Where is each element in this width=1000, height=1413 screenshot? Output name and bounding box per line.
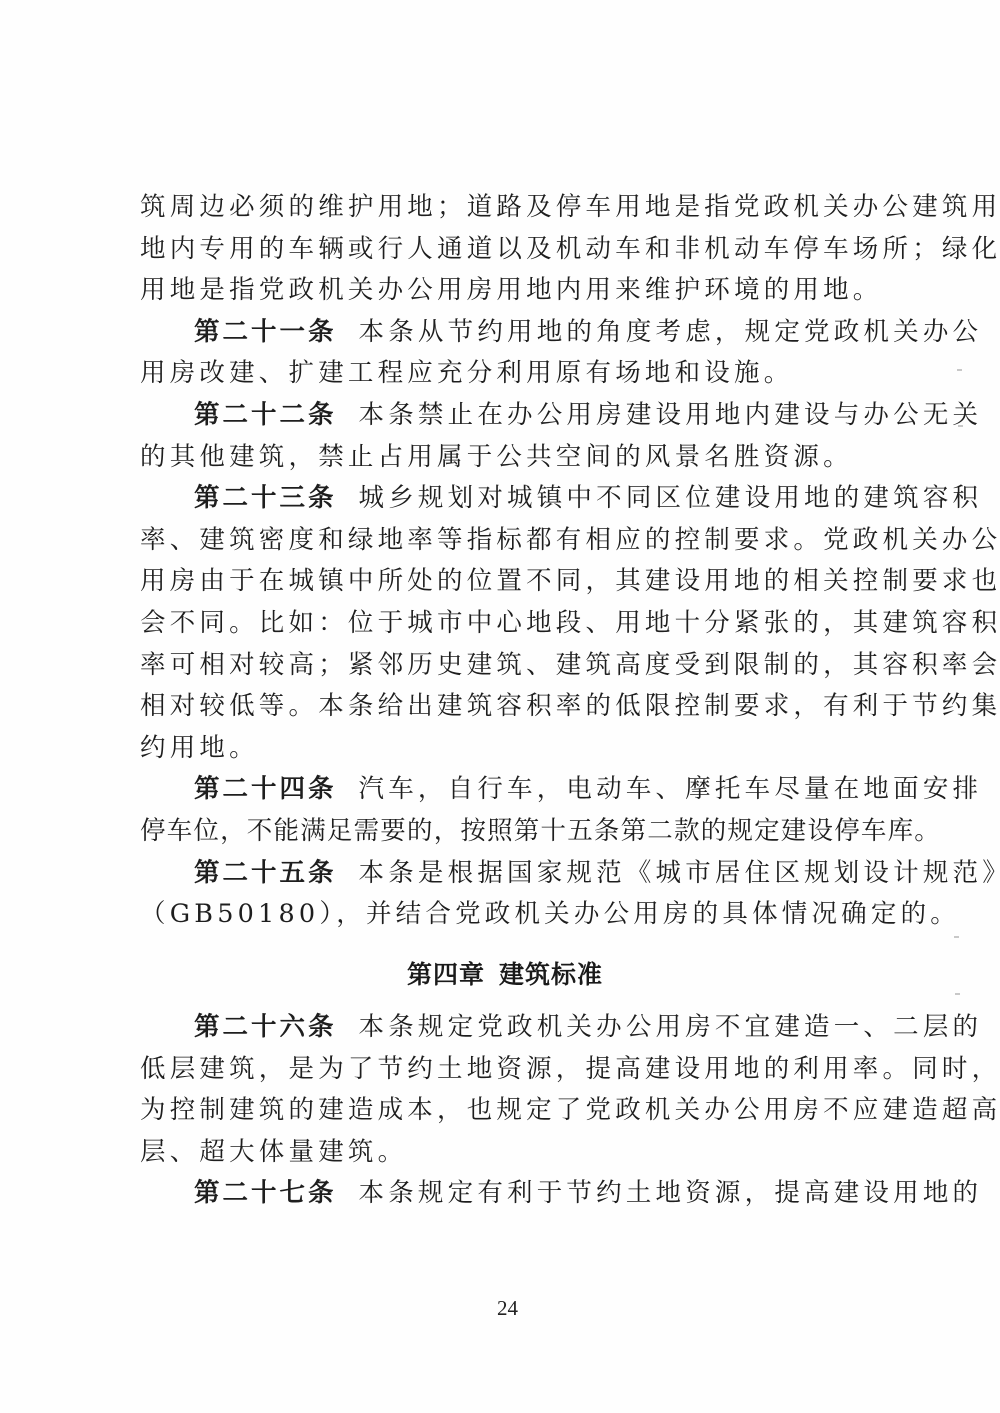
text-line: 率、建筑密度和绿地率等指标都有相应的控制要求。党政机关办公 [140, 520, 860, 562]
text-line: 的其他建筑，禁止占用属于公共空间的风景名胜资源。 [140, 437, 860, 479]
article-24-first-line: 第二十四条汽车，自行车，电动车、摩托车尽量在地面安排 [140, 769, 860, 811]
text-line: 层、超大体量建筑。 [140, 1132, 860, 1174]
text-line: 约用地。 [140, 728, 860, 770]
article-22-text: 本条禁止在办公用房建设用地内建设与办公无关 [359, 400, 983, 430]
document-page: 筑周边必须的维护用地；道路及停车用地是指党政机关办公建筑用 地内专用的车辆或行人… [0, 0, 1000, 1413]
text-line: 相对较低等。本条给出建筑容积率的低限控制要求，有利于节约集 [140, 686, 860, 728]
scan-artifact [958, 425, 963, 427]
scan-artifact [957, 369, 962, 371]
article-23-first-line: 第二十三条城乡规划对城镇中不同区位建设用地的建筑容积 [140, 478, 860, 520]
article-23-text: 城乡规划对城镇中不同区位建设用地的建筑容积 [359, 483, 983, 513]
text-line: 会不同。比如：位于城市中心地段、用地十分紧张的，其建筑容积 [140, 603, 860, 645]
article-25-first-line: 第二十五条本条是根据国家规范《城市居住区规划设计规范》 [140, 853, 860, 895]
text-line: 停车位，不能满足需要的，按照第十五条第二款的规定建设停车库。 [140, 811, 860, 853]
chapter-number: 第四章 [407, 960, 485, 989]
chapter-title: 建筑标准 [499, 960, 603, 989]
scan-artifact [954, 936, 959, 938]
text-line: 用房由于在城镇中所处的位置不同，其建设用地的相关控制要求也 [140, 561, 860, 603]
article-21-text: 本条从节约用地的角度考虑，规定党政机关办公 [359, 317, 983, 347]
article-22-first-line: 第二十二条本条禁止在办公用房建设用地内建设与办公无关 [140, 395, 860, 437]
body-section-2: 第二十六条本条规定党政机关办公用房不宜建造一、二层的 低层建筑，是为了节约土地资… [140, 1007, 860, 1215]
article-25-number: 第二十五条 [194, 858, 337, 888]
article-27-text: 本条规定有利于节约土地资源，提高建设用地的 [359, 1178, 983, 1208]
article-25-text: 本条是根据国家规范《城市居住区规划设计规范》 [359, 858, 1000, 888]
article-22-number: 第二十二条 [194, 400, 337, 430]
article-21-number: 第二十一条 [194, 317, 337, 347]
article-27-number: 第二十七条 [194, 1178, 337, 1208]
article-26-number: 第二十六条 [194, 1012, 337, 1042]
article-27-first-line: 第二十七条本条规定有利于节约土地资源，提高建设用地的 [140, 1173, 860, 1215]
article-26-text: 本条规定党政机关办公用房不宜建造一、二层的 [359, 1012, 983, 1042]
body-section-1: 筑周边必须的维护用地；道路及停车用地是指党政机关办公建筑用 地内专用的车辆或行人… [140, 187, 860, 936]
text-line: （GB50180），并结合党政机关办公用房的具体情况确定的。 [140, 894, 860, 936]
text-line: 筑周边必须的维护用地；道路及停车用地是指党政机关办公建筑用 [140, 187, 860, 229]
text-line: 低层建筑，是为了节约土地资源，提高建设用地的利用率。同时， [140, 1049, 860, 1091]
article-24-number: 第二十四条 [194, 774, 337, 804]
text-line: 地内专用的车辆或行人通道以及机动车和非机动车停车场所；绿化 [140, 229, 860, 271]
text-line: 率可相对较高；紧邻历史建筑、建筑高度受到限制的，其容积率会 [140, 645, 860, 687]
page-number: 24 [0, 1296, 1000, 1321]
article-21-first-line: 第二十一条本条从节约用地的角度考虑，规定党政机关办公 [140, 312, 860, 354]
text-line: 为控制建筑的建造成本，也规定了党政机关办公用房不应建造超高 [140, 1090, 860, 1132]
text-line: 用地是指党政机关办公用房用地内用来维护环境的用地。 [140, 270, 860, 312]
chapter-heading: 第四章建筑标准 [0, 955, 1000, 991]
scan-artifact [955, 993, 960, 995]
article-23-number: 第二十三条 [194, 483, 337, 513]
article-26-first-line: 第二十六条本条规定党政机关办公用房不宜建造一、二层的 [140, 1007, 860, 1049]
text-line: 用房改建、扩建工程应充分利用原有场地和设施。 [140, 353, 860, 395]
article-24-text: 汽车，自行车，电动车、摩托车尽量在地面安排 [359, 774, 983, 804]
